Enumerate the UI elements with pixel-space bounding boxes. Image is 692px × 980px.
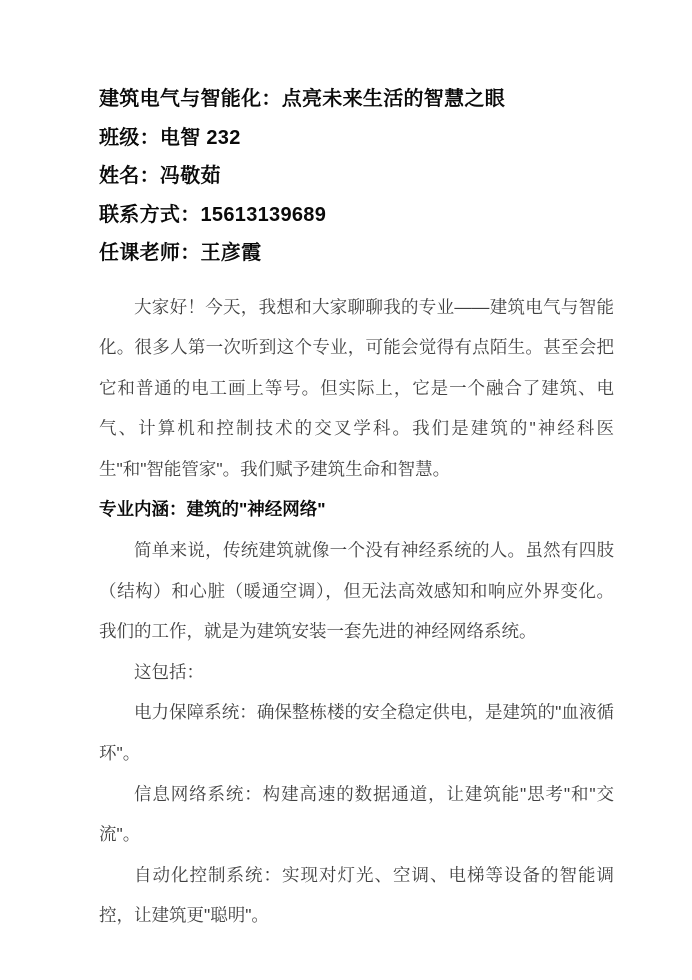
meta-value-contact: 15613139689 [201,204,327,226]
meta-line-class: 班级：电智 232 [99,119,614,158]
section-heading: 专业内涵：建筑的"神经网络" [99,489,614,530]
meta-value-name: 冯敬茹 [160,165,221,187]
meta-label-name: 姓名： [99,165,160,187]
document-title: 建筑电气与智能化：点亮未来生活的智慧之眼 [99,80,614,119]
document-page: 建筑电气与智能化：点亮未来生活的智慧之眼 班级：电智 232 姓名：冯敬茹 联系… [0,0,692,980]
meta-label-class: 班级： [99,127,160,149]
meta-value-teacher: 王彦霞 [201,242,262,264]
meta-line-contact: 联系方式：15613139689 [99,196,614,235]
document-body: 大家好！今天，我想和大家聊聊我的专业——建筑电气与智能化。很多人第一次听到这个专… [99,287,614,937]
document-header: 建筑电气与智能化：点亮未来生活的智慧之眼 班级：电智 232 姓名：冯敬茹 联系… [99,80,614,273]
meta-label-teacher: 任课老师： [99,242,201,264]
meta-label-contact: 联系方式： [99,204,201,226]
paragraph-network-system: 信息网络系统：构建高速的数据通道，让建筑能"思考"和"交流"。 [99,774,614,855]
paragraph-automation-system: 自动化控制系统：实现对灯光、空调、电梯等设备的智能调控，让建筑更"聪明"。 [99,855,614,936]
paragraph-this-includes: 这包括： [99,652,614,693]
meta-value-class: 电智 232 [160,127,241,149]
meta-line-teacher: 任课老师：王彦霞 [99,234,614,273]
meta-line-name: 姓名：冯敬茹 [99,157,614,196]
paragraph-neural-system: 简单来说，传统建筑就像一个没有神经系统的人。虽然有四肢（结构）和心脏（暖通空调）… [99,530,614,652]
intro-paragraph: 大家好！今天，我想和大家聊聊我的专业——建筑电气与智能化。很多人第一次听到这个专… [99,287,614,490]
paragraph-power-system: 电力保障系统：确保整栋楼的安全稳定供电，是建筑的"血液循环"。 [99,692,614,773]
